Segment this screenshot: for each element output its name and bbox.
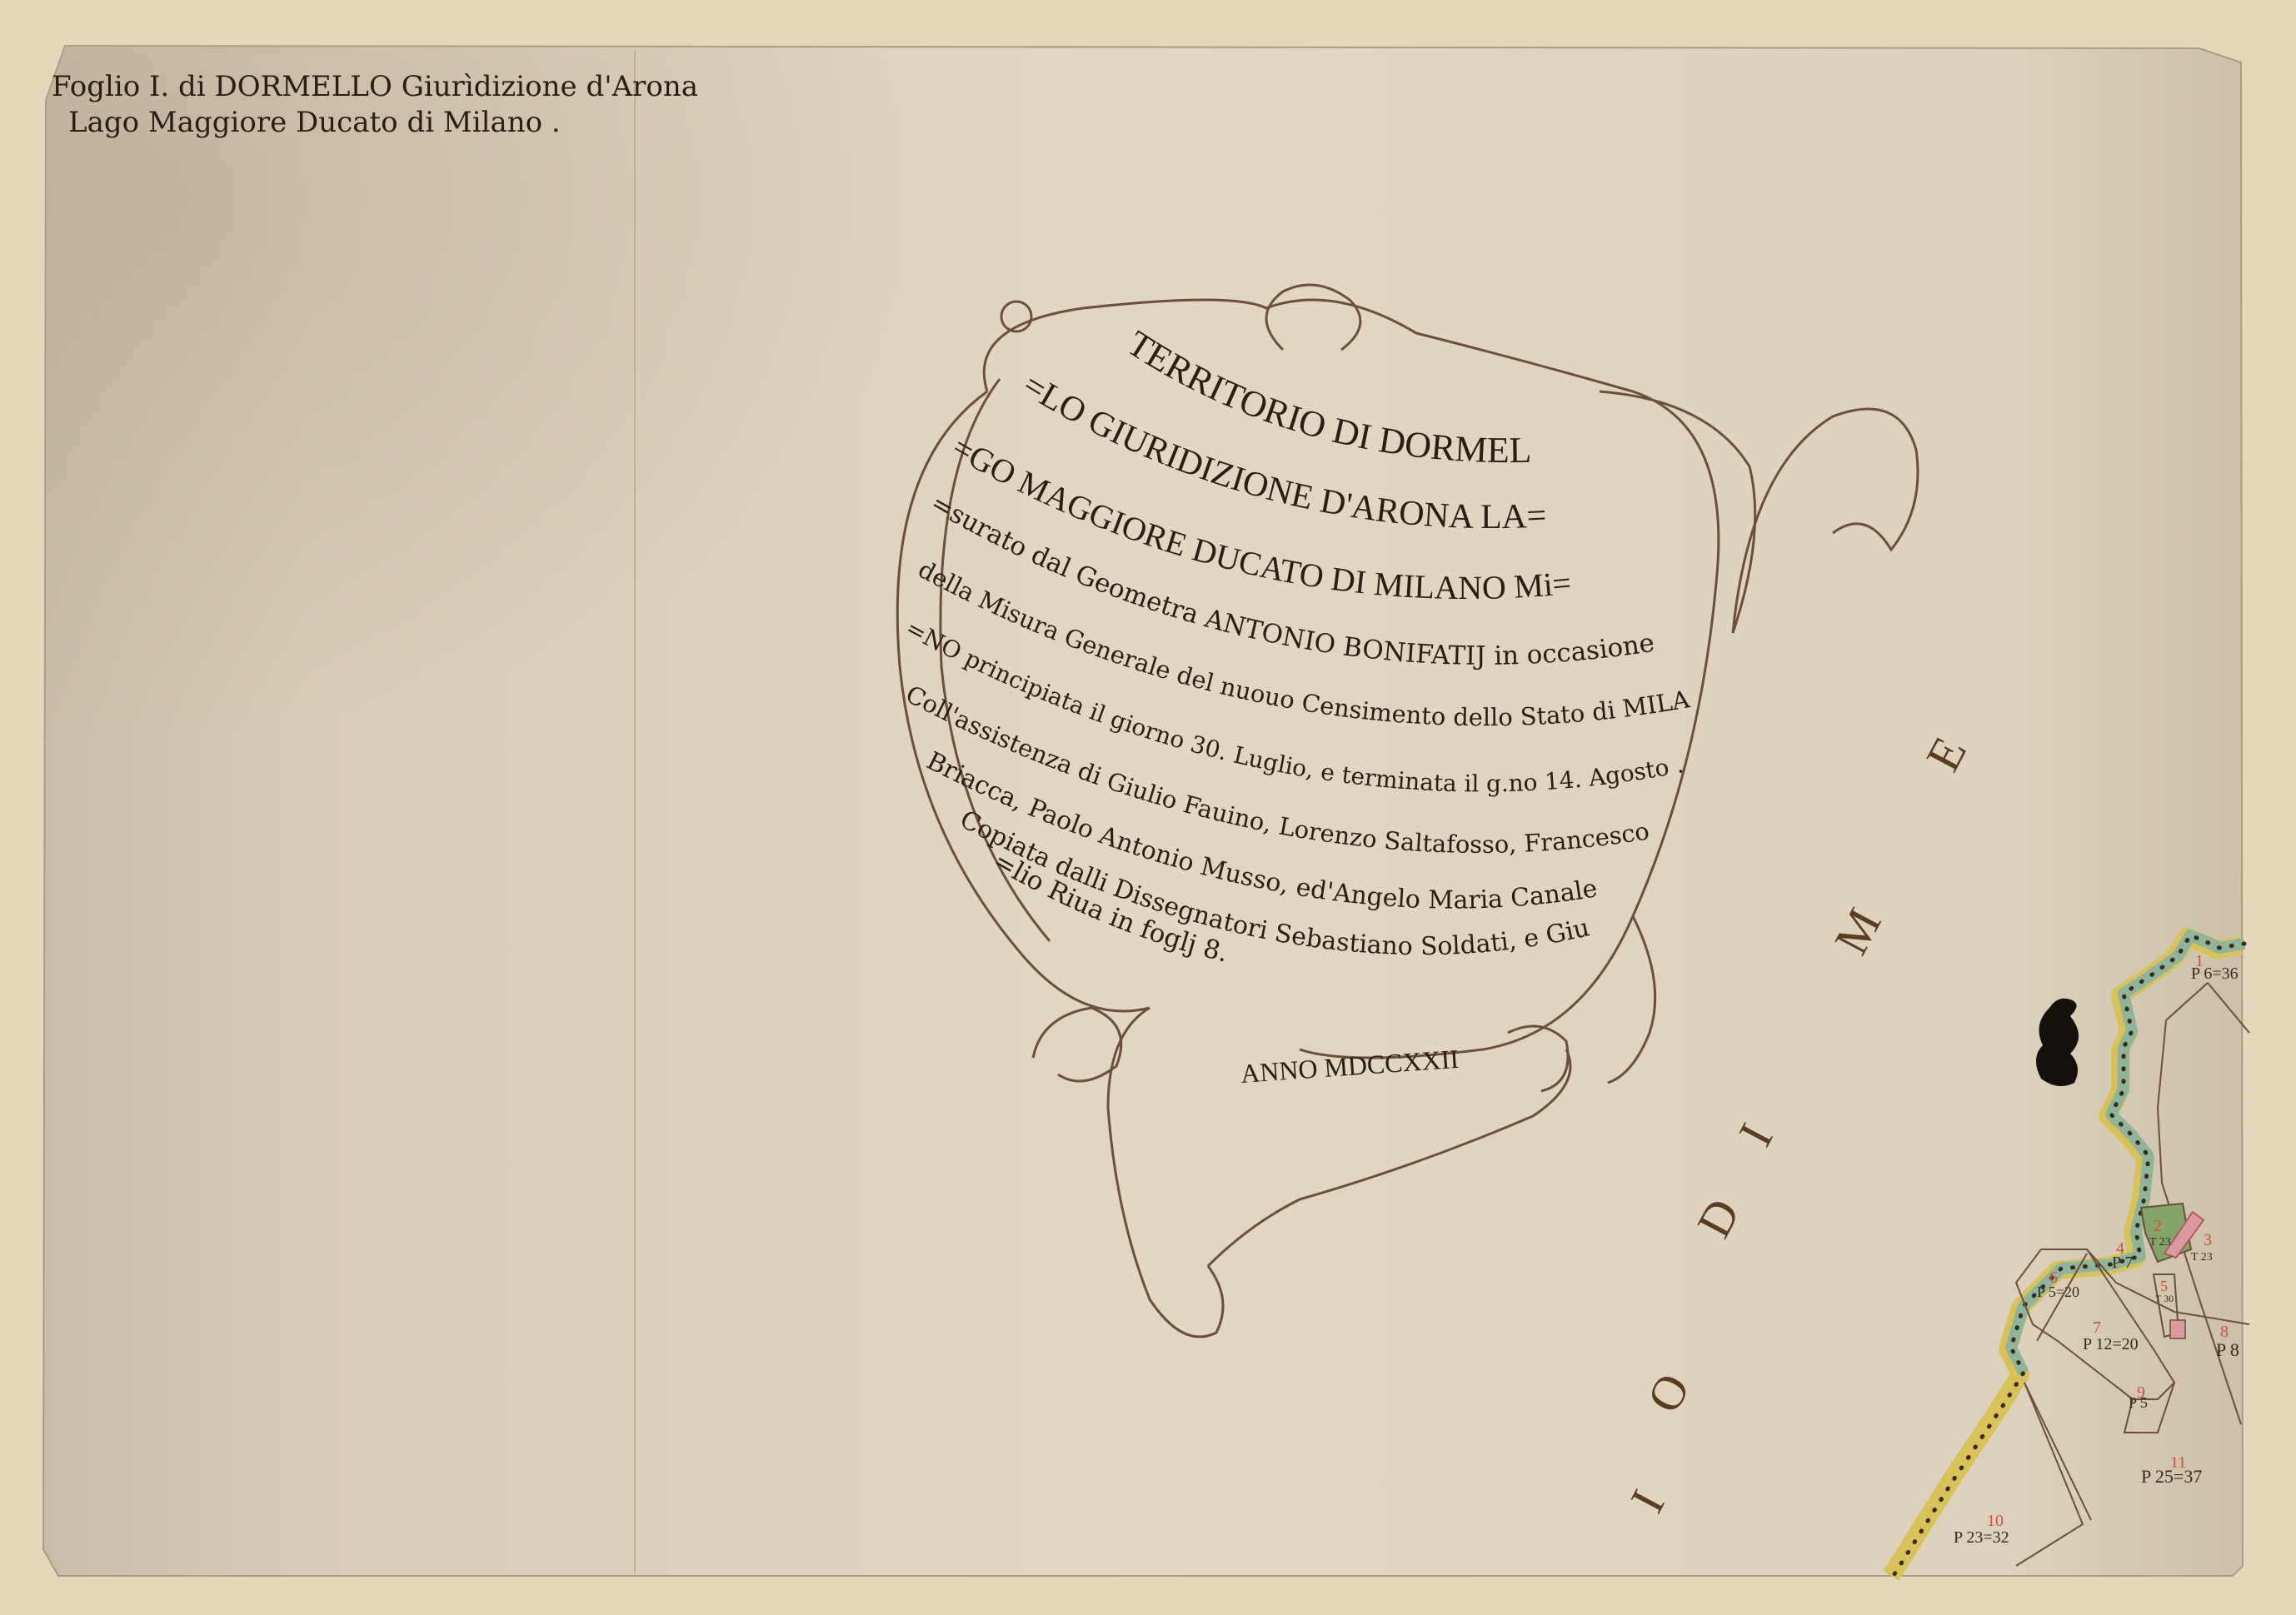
parcel-label: T 23 — [2191, 1251, 2213, 1264]
parcel-number: 10 — [1987, 1512, 2004, 1530]
parcel-number: 2 — [2154, 1217, 2162, 1235]
sheet-stain — [43, 46, 2243, 1576]
map-canvas: Foglio I. di DORMELLO Giurìdizione d'Aro… — [0, 0, 2296, 1615]
parcel-number: 8 — [2220, 1323, 2229, 1341]
sheet-title-line1: Foglio I. di DORMELLO Giurìdizione d'Aro… — [52, 70, 698, 103]
parcel-number: 3 — [2204, 1231, 2212, 1249]
parcel-number: 5 — [2160, 1278, 2168, 1294]
building-pink — [2170, 1320, 2185, 1338]
sheet-title-line2: Lago Maggiore Ducato di Milano . — [68, 106, 561, 139]
parcel-label: P 25=37 — [2141, 1466, 2202, 1487]
parcel-label: P 6=36 — [2191, 965, 2239, 983]
parcel-label: T 23 — [2149, 1236, 2171, 1249]
parcel-number: 7 — [2093, 1318, 2101, 1337]
parcel-label: P 7 — [2112, 1254, 2133, 1272]
parcel-label: P 5 — [2129, 1394, 2148, 1411]
parcel-label: T 30 — [2155, 1293, 2174, 1304]
parcel-label: P 5=20 — [2037, 1284, 2079, 1300]
parcel-label: P 23=32 — [1954, 1528, 2009, 1547]
parcel-label: P 12=20 — [2083, 1335, 2139, 1353]
parcel-label: P 8 — [2216, 1339, 2239, 1360]
